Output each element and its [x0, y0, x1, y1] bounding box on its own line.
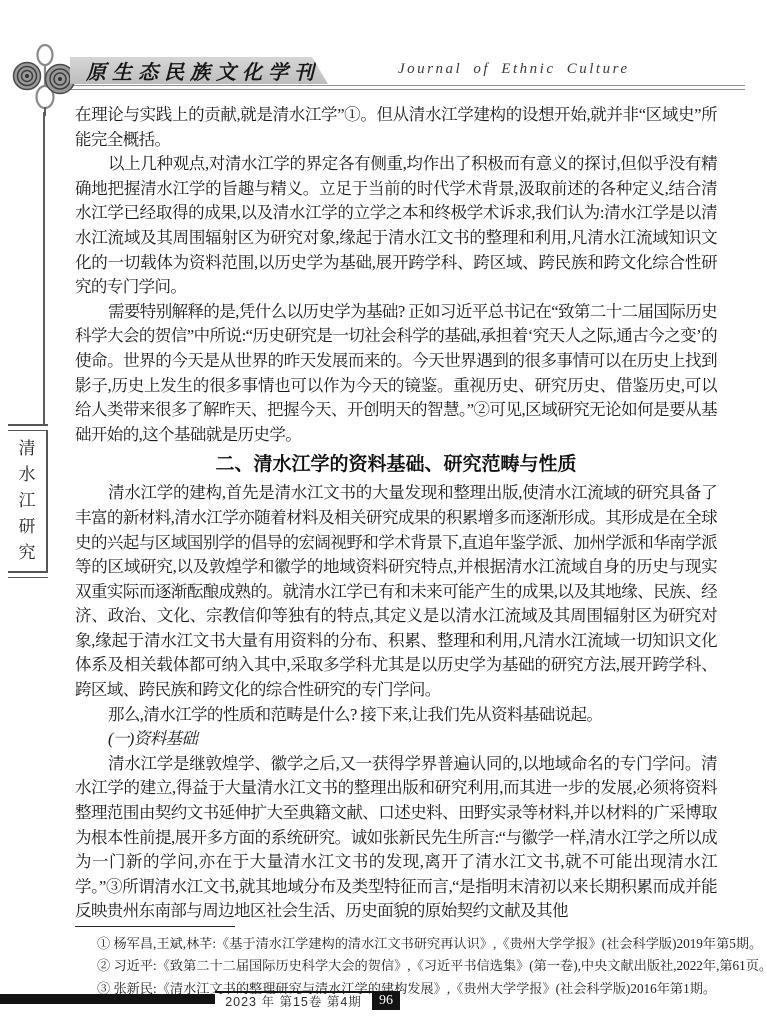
paragraph: 清水江学的建构,首先是清水江文书的大量发现和整理出版,使清水江流域的研究具备了丰…: [75, 481, 717, 702]
footnote-separator-rule: [75, 926, 235, 927]
subsection-heading: (一)资料基础: [75, 727, 717, 752]
journal-title-en: Journal of Ethnic Culture: [398, 61, 630, 78]
column-label-bottom-rule: [8, 571, 48, 578]
column-label-char: 水: [8, 462, 46, 488]
paragraph: 需要特别解释的是,凭什么以历史学为基础? 正如习近平总书记在“致第二十二届国际历…: [75, 300, 717, 448]
article-body: 在理论与实践上的贡献,就是清水江学”①。但从清水江学建构的设想开始,就并非“区域…: [75, 103, 717, 924]
journal-page: 原生态民族文化学刊 Journal of Ethnic Culture 清 水 …: [0, 0, 766, 1032]
column-label-char: 江: [8, 488, 46, 514]
paragraph: 清水江学是继敦煌学、徽学之后,又一获得学界普遍认同的,以地域命名的专门学问。清水…: [75, 752, 717, 924]
left-vertical-rule: [43, 112, 45, 425]
footnote: ② 习近平:《致第二十二届国际历史科学大会的贺信》,《习近平书信选集》(第一卷)…: [75, 955, 765, 977]
column-label-char: 研: [8, 514, 46, 540]
section-heading: 二、清水江学的资料基础、研究范畴与性质: [75, 452, 717, 478]
footer-black-bar: [0, 994, 215, 1004]
journal-title-cn: 原生态民族文化学刊: [86, 56, 320, 85]
header-double-rule: [62, 85, 745, 90]
column-label-char: 清: [8, 436, 46, 462]
column-label-chars: 清 水 江 研 究: [8, 431, 48, 571]
paragraph: 在理论与实践上的贡献,就是清水江学”①。但从清水江学建构的设想开始,就并非“区域…: [75, 103, 717, 152]
issue-info: 2023 年 第15卷 第4期: [215, 991, 372, 1011]
footnote: ① 杨军昌,王斌,林芊:《基于清水江学建构的清水江文书研究再认识》,《贵州大学学…: [75, 933, 765, 955]
column-label-box: 清 水 江 研 究: [8, 424, 48, 578]
column-label-top-rule: [8, 424, 48, 431]
page-footer: 2023 年 第15卷 第4期 96: [0, 990, 766, 1012]
paragraph: 那么,清水江学的性质和范畴是什么? 接下来,让我们先从资料基础说起。: [75, 703, 717, 728]
column-label-char: 究: [8, 540, 46, 566]
page-number-badge: 96: [372, 991, 400, 1010]
journal-title-banner: 原生态民族文化学刊: [70, 57, 340, 84]
paragraph: 以上几种观点,对清水江学的界定各有侧重,均作出了积极而有意义的探讨,但似乎没有精…: [75, 152, 717, 300]
